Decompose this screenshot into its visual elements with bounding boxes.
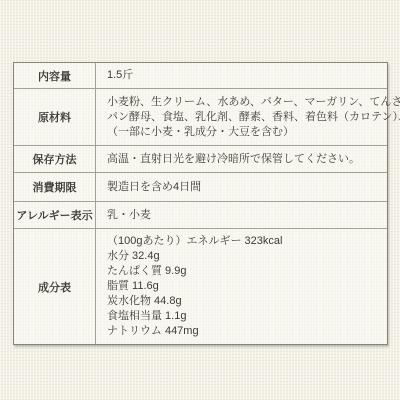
row-value: 乳・小麦 (96, 202, 387, 228)
row-label: 保存方法 (14, 146, 96, 172)
product-label-page: { "colors": { "page_background": "#f2efe… (0, 0, 400, 400)
value-line: ナトリウム 447mg (107, 324, 379, 339)
value-line: パン酵母、食塩、乳化剤、酵素、香料、着色料（カロテン）、 (107, 110, 400, 125)
row-value: 小麦粉、生クリーム、水あめ、バター、マーガリン、てんさい糖、 パン酵母、食塩、乳… (96, 89, 400, 145)
table-row-ingredients: 原材料 小麦粉、生クリーム、水あめ、バター、マーガリン、てんさい糖、 パン酵母、… (14, 89, 387, 146)
value-line: 製造日を含め4日間 (107, 180, 379, 195)
row-label: 内容量 (14, 63, 96, 88)
row-label: 消費期限 (14, 173, 96, 201)
value-line: 乳・小麦 (107, 208, 379, 223)
table-row-storage: 保存方法 高温・直射日光を避け冷暗所で保管してください。 (14, 146, 387, 173)
value-line: 1.5斤 (107, 68, 379, 83)
row-value: （100gあたり）エネルギー 323kcal 水分 32.4g たんぱく質 9.… (96, 229, 387, 344)
row-label: 成分表 (14, 229, 96, 344)
value-line: 炭水化物 44.8g (107, 294, 379, 309)
row-value: 製造日を含め4日間 (96, 173, 387, 201)
value-line: たんぱく質 9.9g (107, 264, 379, 279)
value-line: 水分 32.4g (107, 249, 379, 264)
row-value: 1.5斤 (96, 63, 387, 88)
value-line: 食塩相当量 1.1g (107, 309, 379, 324)
table-row-allergy: アレルギー表示 乳・小麦 (14, 202, 387, 229)
table-row-contents: 内容量 1.5斤 (14, 63, 387, 89)
value-line: （一部に小麦・乳成分・大豆を含む） (107, 125, 400, 140)
table-row-nutrition: 成分表 （100gあたり）エネルギー 323kcal 水分 32.4g たんぱく… (14, 229, 387, 344)
row-label: 原材料 (14, 89, 96, 145)
table-row-expiry: 消費期限 製造日を含め4日間 (14, 173, 387, 202)
value-line: 脂質 11.6g (107, 279, 379, 294)
value-line: 小麦粉、生クリーム、水あめ、バター、マーガリン、てんさい糖、 (107, 95, 400, 110)
product-spec-table: 内容量 1.5斤 原材料 小麦粉、生クリーム、水あめ、バター、マーガリン、てんさ… (13, 62, 388, 345)
value-line: （100gあたり）エネルギー 323kcal (107, 234, 379, 249)
value-line: 高温・直射日光を避け冷暗所で保管してください。 (107, 152, 379, 167)
row-label: アレルギー表示 (14, 202, 96, 228)
row-value: 高温・直射日光を避け冷暗所で保管してください。 (96, 146, 387, 172)
